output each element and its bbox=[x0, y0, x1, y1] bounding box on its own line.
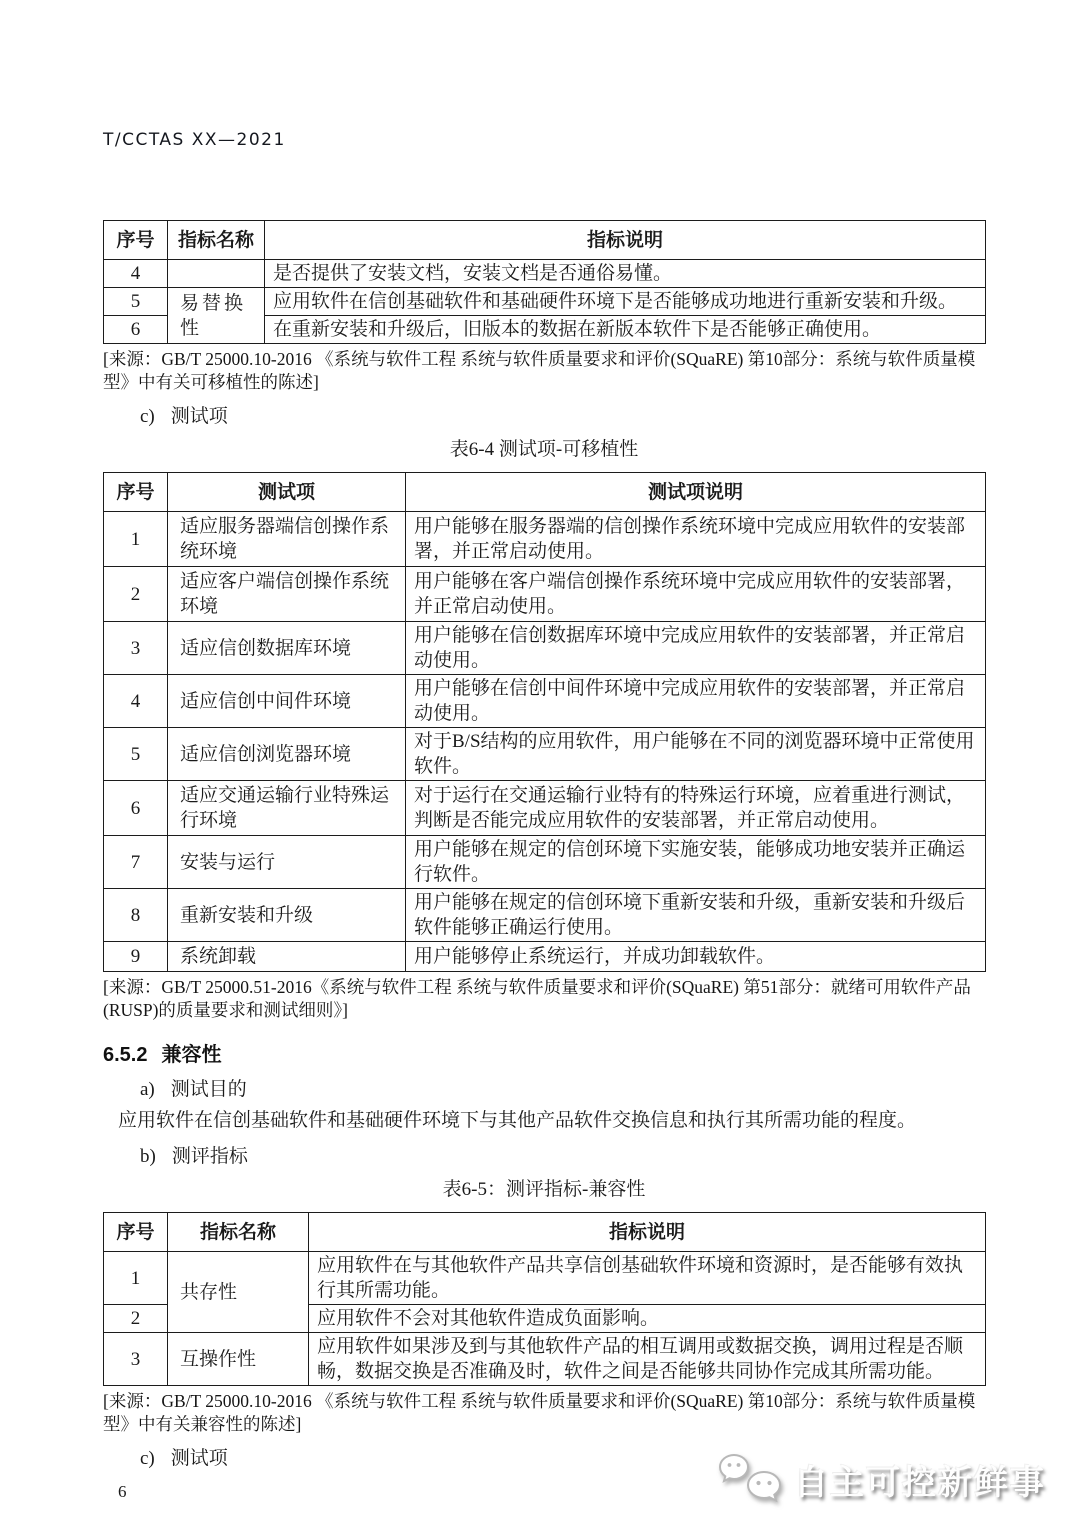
indicator-name-cell: 互操作性 bbox=[168, 1333, 309, 1386]
section-heading-compatibility: 6.5.2兼容性 bbox=[103, 1038, 985, 1067]
test-item-desc-cell: 对于运行在交通运输行业特有的特殊运行环境，应着重进行测试，判断是否能完成应用软件… bbox=[406, 781, 986, 836]
test-item-desc-cell: 用户能够在客户端信创操作系统环境中完成应用软件的安装部署，并正常启动使用。 bbox=[406, 567, 986, 622]
table-caption-6-4: 表6-4 测试项-可移植性 bbox=[103, 434, 985, 461]
list-label: 测试目的 bbox=[171, 1079, 247, 1100]
indicator-desc-cell: 在重新安装和升级后，旧版本的数据在新版本软件下是否能够正确使用。 bbox=[265, 316, 986, 344]
test-item-name-cell: 重新安装和升级 bbox=[168, 889, 406, 942]
source-note-portability-indicators: [来源：GB/T 25000.10-2016 《系统与软件工程 系统与软件质量要… bbox=[103, 348, 985, 394]
doc-code: T/CCTAS XX—2021 bbox=[103, 130, 286, 150]
test-item-desc-cell: 用户能够在规定的信创环境下重新安装和升级，重新安装和升级后软件能够正确运行使用。 bbox=[406, 889, 986, 942]
row-no-cell: 1 bbox=[104, 512, 168, 567]
table-row: 6 适应交通运输行业特殊运行环境 对于运行在交通运输行业特有的特殊运行环境，应着… bbox=[104, 781, 986, 836]
indicator-name-cell: 共存性 bbox=[168, 1252, 309, 1333]
row-no-cell: 6 bbox=[104, 316, 168, 344]
table-row: 5 易替换性 应用软件在信创基础软件和基础硬件环境下是否能够成功地进行重新安装和… bbox=[104, 288, 986, 316]
row-no-cell: 3 bbox=[104, 622, 168, 675]
table-header-row: 序号 指标名称 指标说明 bbox=[104, 221, 986, 260]
section-title: 兼容性 bbox=[161, 1044, 221, 1066]
watermark-text: 自主可控新鲜事 bbox=[794, 1455, 1046, 1504]
test-item-table-portability: 序号 测试项 测试项说明 1 适应服务器端信创操作系统环境 用户能够在服务器端的… bbox=[103, 472, 986, 972]
source-note-compatibility: [来源：GB/T 25000.10-2016 《系统与软件工程 系统与软件质量要… bbox=[103, 1390, 985, 1436]
row-no-cell: 3 bbox=[104, 1333, 168, 1386]
col-header-indicator-desc: 指标说明 bbox=[265, 221, 986, 260]
list-item-a-test-purpose: a)测试目的 bbox=[140, 1074, 985, 1101]
test-item-desc-cell: 用户能够在服务器端的信创操作系统环境中完成应用软件的安装部署，并正常启动使用。 bbox=[406, 512, 986, 567]
indicator-desc-cell: 应用软件在与其他软件产品共享信创基础软件环境和资源时，是否能够有效执行其所需功能… bbox=[309, 1252, 986, 1305]
test-item-name-cell: 适应交通运输行业特殊运行环境 bbox=[168, 781, 406, 836]
row-no-cell: 9 bbox=[104, 942, 168, 972]
col-header-no: 序号 bbox=[104, 221, 168, 260]
document-page: T/CCTAS XX—2021 序号 指标名称 指标说明 4 是否提供了安装文档… bbox=[0, 0, 1080, 1528]
row-no-cell: 1 bbox=[104, 1252, 168, 1305]
row-no-cell: 4 bbox=[104, 675, 168, 728]
col-header-test-item: 测试项 bbox=[168, 473, 406, 512]
indicator-desc-cell: 是否提供了安装文档，安装文档是否通俗易懂。 bbox=[265, 260, 986, 288]
test-item-desc-cell: 用户能够在信创数据库环境中完成应用软件的安装部署，并正常启动使用。 bbox=[406, 622, 986, 675]
test-item-name-cell: 适应信创浏览器环境 bbox=[168, 728, 406, 781]
indicator-desc-cell: 应用软件在信创基础软件和基础硬件环境下是否能够成功地进行重新安装和升级。 bbox=[265, 288, 986, 316]
table-row: 4 适应信创中间件环境 用户能够在信创中间件环境中完成应用软件的安装部署，并正常… bbox=[104, 675, 986, 728]
row-no-cell: 5 bbox=[104, 288, 168, 316]
list-marker: a) bbox=[140, 1079, 155, 1101]
test-item-name-cell: 适应信创数据库环境 bbox=[168, 622, 406, 675]
test-item-desc-cell: 用户能够在信创中间件环境中完成应用软件的安装部署，并正常启动使用。 bbox=[406, 675, 986, 728]
test-item-desc-cell: 用户能够在规定的信创环境下实施安装，能够成功地安装并正确运行软件。 bbox=[406, 836, 986, 889]
indicator-desc-cell: 应用软件如果涉及到与其他软件产品的相互调用或数据交换，调用过程是否顺畅，数据交换… bbox=[309, 1333, 986, 1386]
list-label: 测试项 bbox=[171, 406, 228, 427]
table-row: 3 互操作性 应用软件如果涉及到与其他软件产品的相互调用或数据交换，调用过程是否… bbox=[104, 1333, 986, 1386]
test-item-name-cell: 安装与运行 bbox=[168, 836, 406, 889]
table-row: 1 共存性 应用软件在与其他软件产品共享信创基础软件环境和资源时，是否能够有效执… bbox=[104, 1252, 986, 1305]
indicator-desc-cell: 应用软件不会对其他软件造成负面影响。 bbox=[309, 1305, 986, 1333]
row-no-cell: 5 bbox=[104, 728, 168, 781]
test-item-name-cell: 适应服务器端信创操作系统环境 bbox=[168, 512, 406, 567]
table-row: 1 适应服务器端信创操作系统环境 用户能够在服务器端的信创操作系统环境中完成应用… bbox=[104, 512, 986, 567]
row-no-cell: 7 bbox=[104, 836, 168, 889]
col-header-no: 序号 bbox=[104, 1213, 168, 1252]
source-note-test-items: [来源：GB/T 25000.51-2016《系统与软件工程 系统与软件质量要求… bbox=[103, 976, 985, 1022]
test-item-name-cell: 系统卸载 bbox=[168, 942, 406, 972]
row-no-cell: 2 bbox=[104, 1305, 168, 1333]
list-marker: c) bbox=[140, 1448, 155, 1470]
table-row: 8 重新安装和升级 用户能够在规定的信创环境下重新安装和升级，重新安装和升级后软… bbox=[104, 889, 986, 942]
table-row: 9 系统卸载 用户能够停止系统运行，并成功卸载软件。 bbox=[104, 942, 986, 972]
page-content: 序号 指标名称 指标说明 4 是否提供了安装文档，安装文档是否通俗易懂。 5 易… bbox=[0, 0, 1080, 1502]
watermark: 自主可控新鲜事 bbox=[718, 1452, 1046, 1506]
test-item-desc-cell: 对于B/S结构的应用软件，用户能够在不同的浏览器环境中正常使用软件。 bbox=[406, 728, 986, 781]
list-label: 测评指标 bbox=[172, 1146, 248, 1167]
col-header-indicator-name: 指标名称 bbox=[168, 1213, 309, 1252]
col-header-indicator-name: 指标名称 bbox=[168, 221, 265, 260]
row-no-cell: 6 bbox=[104, 781, 168, 836]
indicator-name-cell-empty bbox=[168, 260, 265, 288]
row-no-cell: 4 bbox=[104, 260, 168, 288]
table-row: 2 适应客户端信创操作系统环境 用户能够在客户端信创操作系统环境中完成应用软件的… bbox=[104, 567, 986, 622]
indicator-table-portability: 序号 指标名称 指标说明 4 是否提供了安装文档，安装文档是否通俗易懂。 5 易… bbox=[103, 220, 986, 344]
list-marker: b) bbox=[140, 1146, 156, 1168]
test-item-name-cell: 适应客户端信创操作系统环境 bbox=[168, 567, 406, 622]
test-purpose-paragraph: 应用软件在信创基础软件和基础硬件环境下与其他产品软件交换信息和执行其所需功能的程… bbox=[103, 1108, 985, 1134]
col-header-test-item-desc: 测试项说明 bbox=[406, 473, 986, 512]
list-label: 测试项 bbox=[171, 1448, 228, 1469]
wechat-icon bbox=[718, 1452, 782, 1506]
table-header-row: 序号 指标名称 指标说明 bbox=[104, 1213, 986, 1252]
col-header-indicator-desc: 指标说明 bbox=[309, 1213, 986, 1252]
list-item-b-eval-indicators: b)测评指标 bbox=[140, 1141, 985, 1168]
table-caption-6-5: 表6-5：测评指标-兼容性 bbox=[103, 1174, 985, 1201]
test-item-desc-cell: 用户能够停止系统运行，并成功卸载软件。 bbox=[406, 942, 986, 972]
table-row: 4 是否提供了安装文档，安装文档是否通俗易懂。 bbox=[104, 260, 986, 288]
list-marker: c) bbox=[140, 406, 155, 428]
table-row: 7 安装与运行 用户能够在规定的信创环境下实施安装，能够成功地安装并正确运行软件… bbox=[104, 836, 986, 889]
table-row: 3 适应信创数据库环境 用户能够在信创数据库环境中完成应用软件的安装部署，并正常… bbox=[104, 622, 986, 675]
section-number: 6.5.2 bbox=[103, 1044, 147, 1066]
row-no-cell: 2 bbox=[104, 567, 168, 622]
col-header-no: 序号 bbox=[104, 473, 168, 512]
row-no-cell: 8 bbox=[104, 889, 168, 942]
table-header-row: 序号 测试项 测试项说明 bbox=[104, 473, 986, 512]
indicator-table-compatibility: 序号 指标名称 指标说明 1 共存性 应用软件在与其他软件产品共享信创基础软件环… bbox=[103, 1212, 986, 1386]
test-item-name-cell: 适应信创中间件环境 bbox=[168, 675, 406, 728]
list-item-c-test-items: c)测试项 bbox=[140, 401, 985, 428]
table-row: 5 适应信创浏览器环境 对于B/S结构的应用软件，用户能够在不同的浏览器环境中正… bbox=[104, 728, 986, 781]
indicator-name-cell: 易替换性 bbox=[168, 288, 265, 344]
